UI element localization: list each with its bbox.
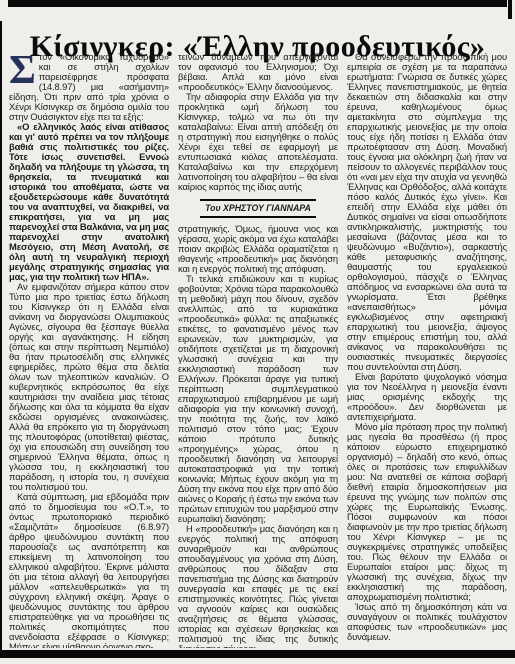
article-paragraph: Αν εμφανιζόταν σήμερα κάπου στον Τύπο μι…: [9, 282, 169, 492]
author-byline: Του ΧΡΗΣΤΟΥ ΓΙΑΝΝΑΡΑ: [200, 199, 316, 218]
article-column-3: Θα συνεισφέρω την προσωπική μου εμπειρία…: [347, 52, 507, 648]
article-paragraph: Είναι βαρύτατο ψυχολογικό νόσημα για τον…: [347, 372, 507, 422]
article-column-1: Στον «Οικονομικό Ταχυδρόμο» και σε στήλη…: [9, 52, 169, 648]
article-paragraph: Τι τελικά επιδιώκουν και τι κυρίως φοβού…: [178, 274, 338, 524]
newspaper-page: { "page": { "headline": "Κίσινγκερ: «Έλλ…: [0, 0, 515, 664]
left-frame-rule: [0, 21, 2, 650]
kissinger-quote-paragraph: «Ο ελληνικός λαός είναι ατίθασος και γι'…: [9, 122, 169, 282]
top-frame-rule: [8, 0, 507, 7]
dropcap-sigma: Σ: [9, 52, 39, 85]
article-paragraph: Η «προοδευτική» μας διανόηση και η ενεργ…: [178, 524, 338, 648]
bottom-frame-rule: [0, 650, 515, 658]
article-body: Στον «Οικονομικό Ταχυδρόμο» και σε στήλη…: [9, 52, 507, 648]
article-paragraph: Ίσως από τη δημοσκόπηση κάτι να συναγάγο…: [347, 602, 507, 642]
top-right-frame-rule: [508, 0, 512, 19]
article-paragraph: Την αδιαφορία στην Ελλάδα για την προκλη…: [178, 92, 338, 192]
article-paragraph: Στον «Οικονομικό Ταχυδρόμο» και σε στήλη…: [9, 52, 169, 122]
article-paragraph: Μόνο μία πρόταση προς την πολιτική μας η…: [347, 422, 507, 602]
article-paragraph: Κατά σύμπτωση, μια εβδομάδα πριν από το …: [9, 492, 169, 648]
article-paragraph: στρατηγικής. Όμως, ήμουνα νιος και γέρασ…: [178, 224, 338, 274]
article-paragraph: Θα συνεισφέρω την προσωπική μου εμπειρία…: [347, 52, 507, 372]
article-paragraph: τεινών δυνάμεων που απεργάζονται τον αφα…: [178, 52, 338, 92]
article-column-2: τεινών δυνάμεων που απεργάζονται τον αφα…: [178, 52, 338, 648]
